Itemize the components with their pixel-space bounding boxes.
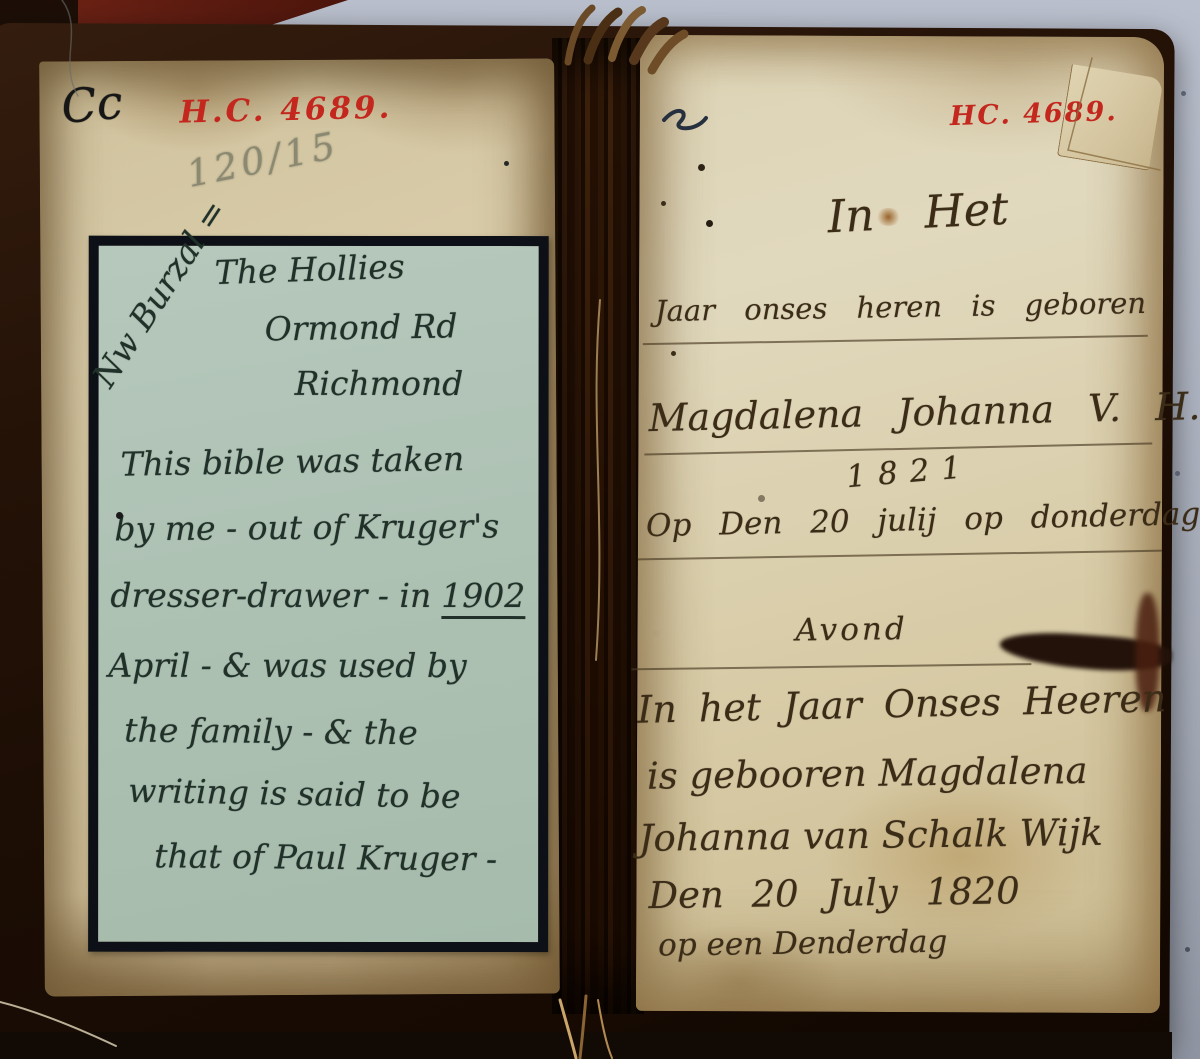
label-body-line: writing is said to be <box>128 771 461 816</box>
inscription-line: op een Denderdag <box>658 924 948 964</box>
label-body-line: the family - & the <box>124 710 418 752</box>
catalog-number-right: HC. 4689. <box>949 96 1118 132</box>
inscription-line: Magdalena Johanna V. H. <box>648 384 1200 440</box>
catalog-number-left: H.C. 4689. <box>179 90 393 131</box>
label-body-line: dresser-drawer - in1902 <box>110 576 525 615</box>
label-body-line: by me - out of Kruger's <box>114 506 499 548</box>
label-address-line: The Hollies <box>214 247 405 292</box>
book-cover-bottom-edge <box>0 1032 1172 1059</box>
inscription-line: Jaar onses heren is geboren <box>655 286 1147 328</box>
book-spine-binding <box>552 38 644 1014</box>
label-body-line-text: dresser-drawer - in <box>110 576 431 615</box>
inscription-line: Avond <box>795 611 908 648</box>
pasted-provenance-label: Nw Burzal = The Hollies Ormond Rd Richmo… <box>88 236 549 952</box>
hand-drawn-rule <box>631 663 1031 670</box>
label-address-line: Richmond <box>295 364 464 403</box>
hand-drawn-rule <box>643 335 1148 345</box>
label-diagonal-note: Nw Burzal = <box>84 193 234 394</box>
inscription-line: In het Jaar Onses Heeren <box>637 676 1167 732</box>
hand-drawn-rule <box>644 442 1152 455</box>
inscription-title: In Het <box>826 182 1009 244</box>
inked-corner-mark: Cc <box>59 75 125 134</box>
hand-drawn-rule <box>638 550 1162 561</box>
pencil-shelf-number: 120/15 <box>183 123 343 196</box>
inscription-line: Op Den 20 julij op donderdag <box>646 496 1200 544</box>
label-body-line: that of Paul Kruger - <box>154 836 497 878</box>
inscription-line: Den 20 July 1820 <box>648 869 1020 917</box>
label-body-line: April - & was used by <box>108 646 466 685</box>
left-flyleaf-page: Cc H.C. 4689. 120/15 Nw Burzal = The Hol… <box>39 58 560 996</box>
ink-specks <box>0 0 3 3</box>
label-underlined-year: 1902 <box>441 576 525 619</box>
label-body-line: This bible was taken <box>120 439 464 484</box>
label-address-line: Ormond Rd <box>264 306 457 348</box>
inscription-line: Johanna van Schalk Wijk <box>638 811 1103 860</box>
inscription-year: 1821 <box>845 449 974 495</box>
right-flyleaf-page: HC. 4689. In Het Jaar onses heren is geb… <box>636 35 1164 1013</box>
inscription-line: is gebooren Magdalena <box>647 749 1088 798</box>
photograph-of-open-bible: Cc H.C. 4689. 120/15 Nw Burzal = The Hol… <box>0 0 1200 1059</box>
